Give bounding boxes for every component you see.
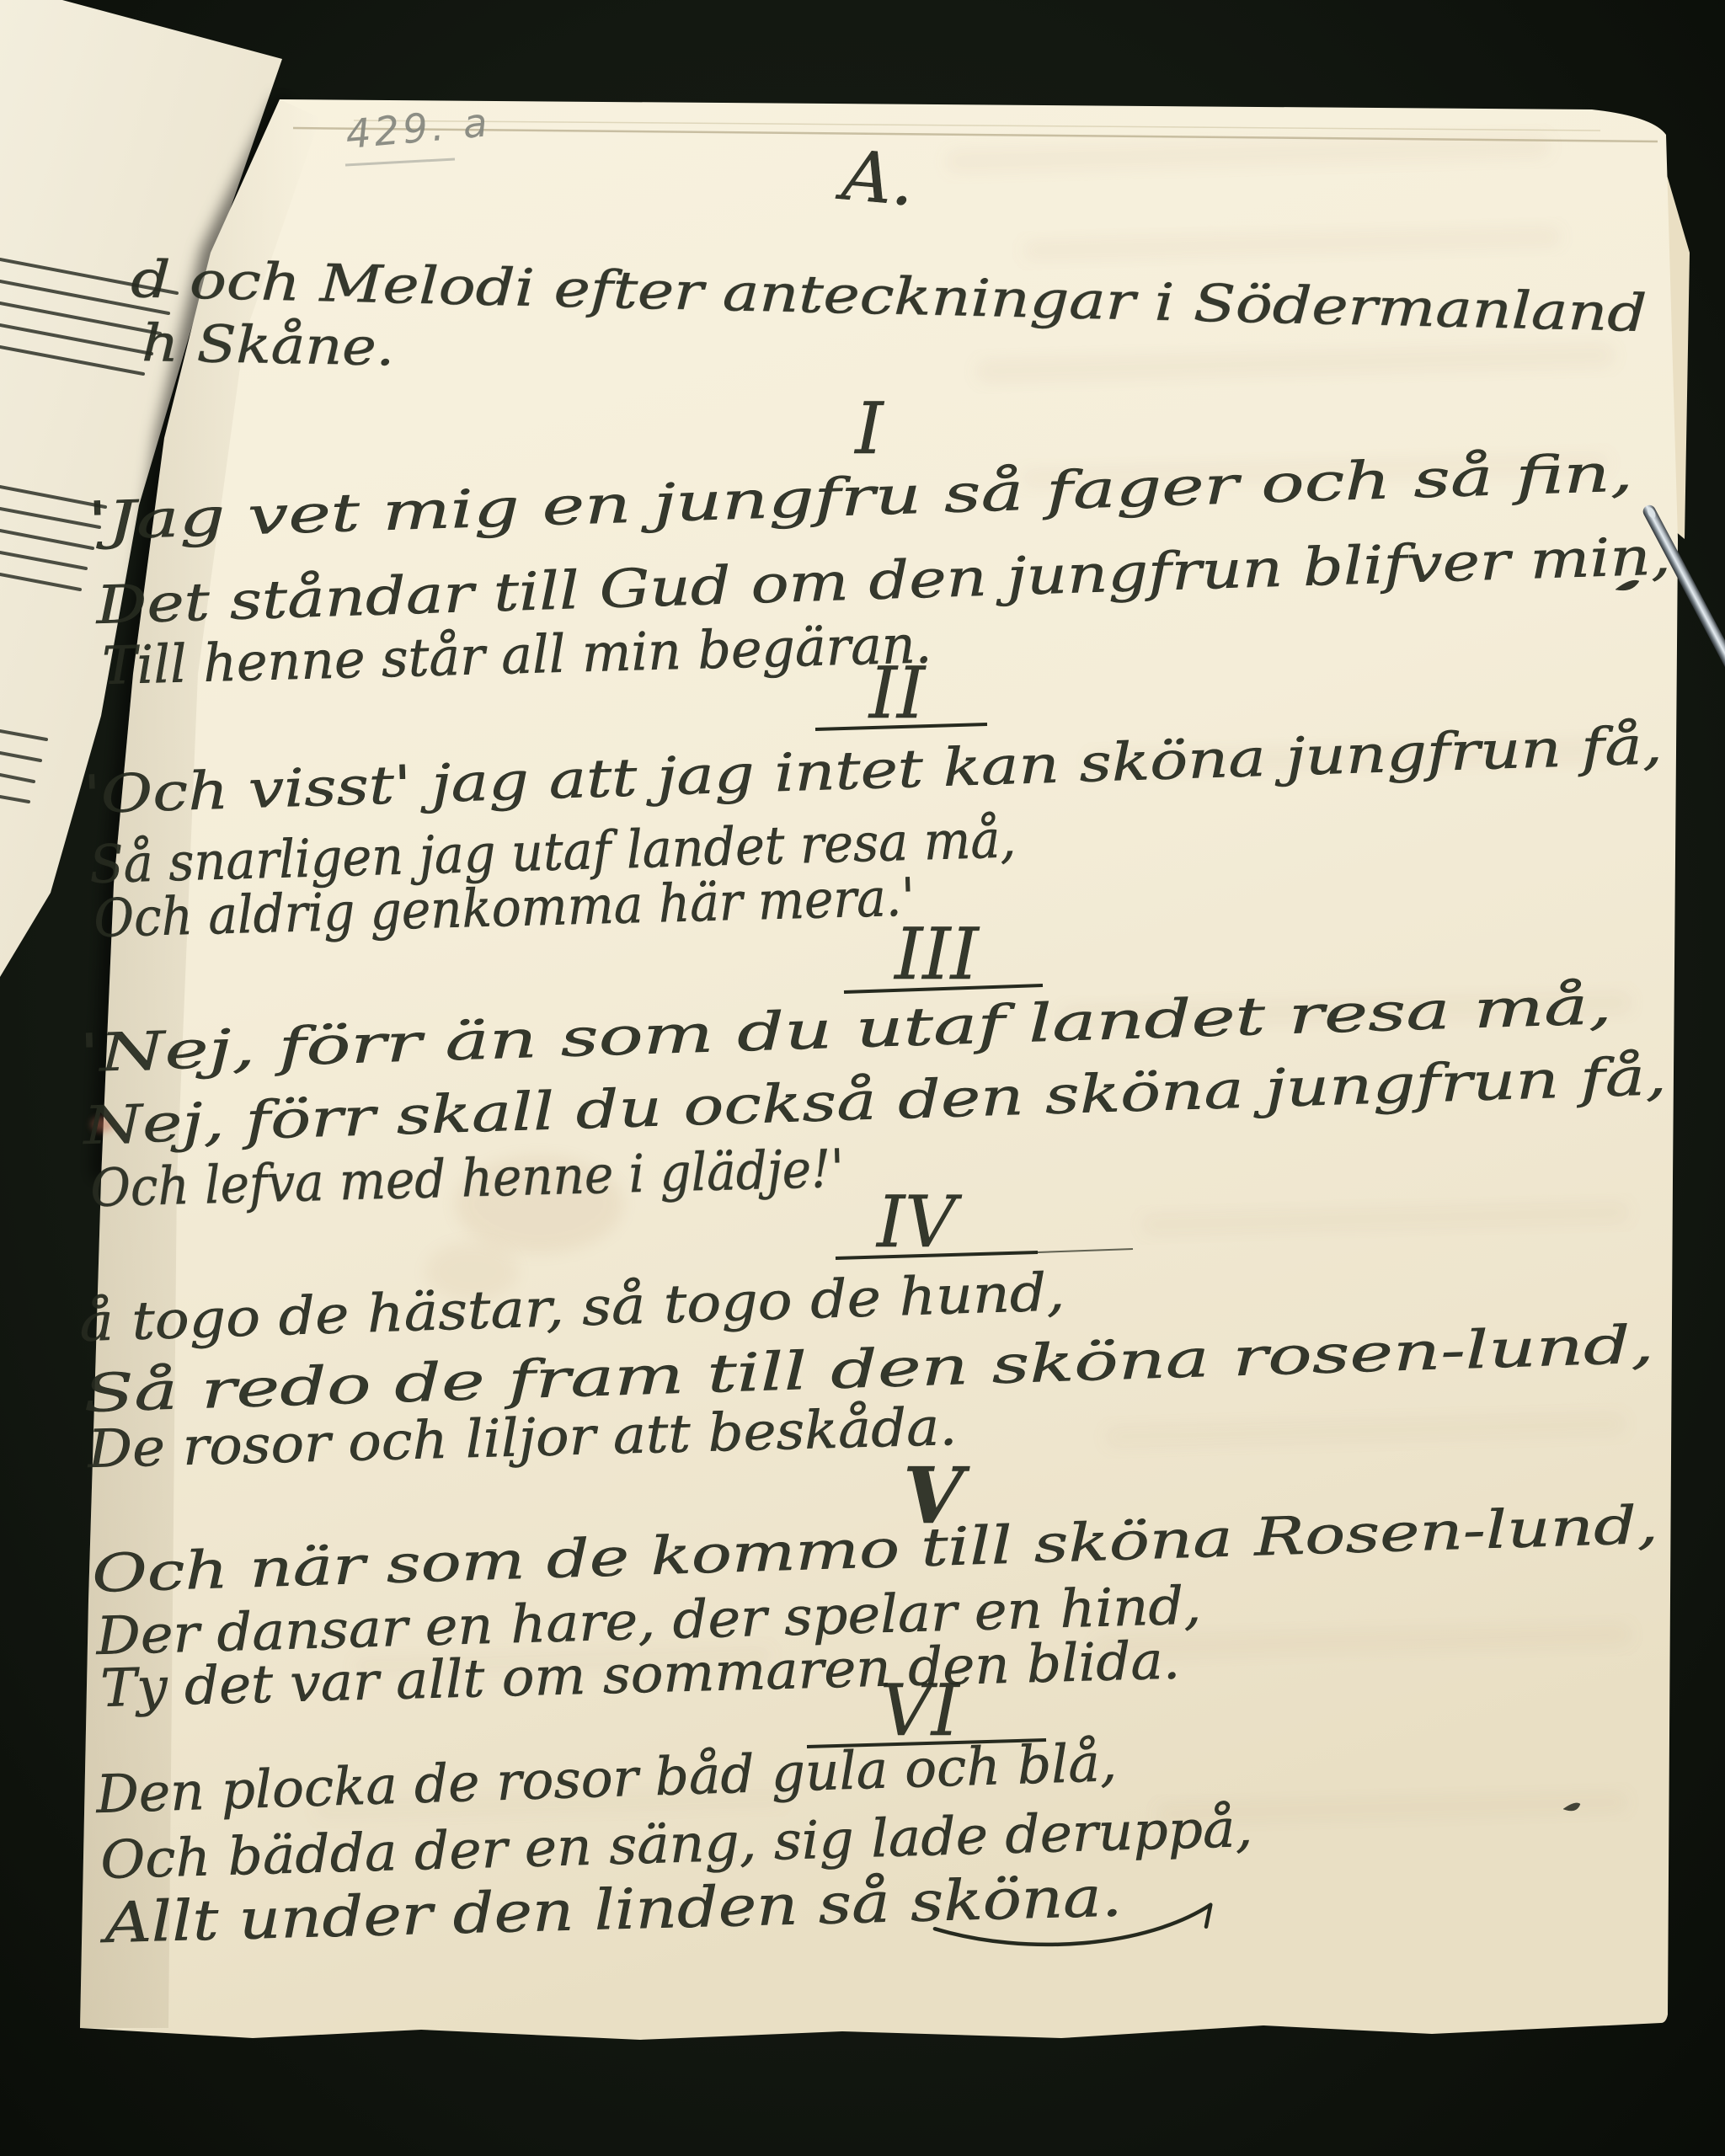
verse-2-numeral: II [868,652,927,734]
verse-4-numeral: IV [875,1181,962,1263]
manuscript-photograph: 429. a A. d och Melodi efter anteckninga… [0,0,1725,2156]
section-letter: A. [833,136,917,222]
subtitle-line-2: h Skåne. [142,313,395,377]
verse-1-numeral: I [853,387,884,470]
verse-3-numeral: III [893,913,980,995]
